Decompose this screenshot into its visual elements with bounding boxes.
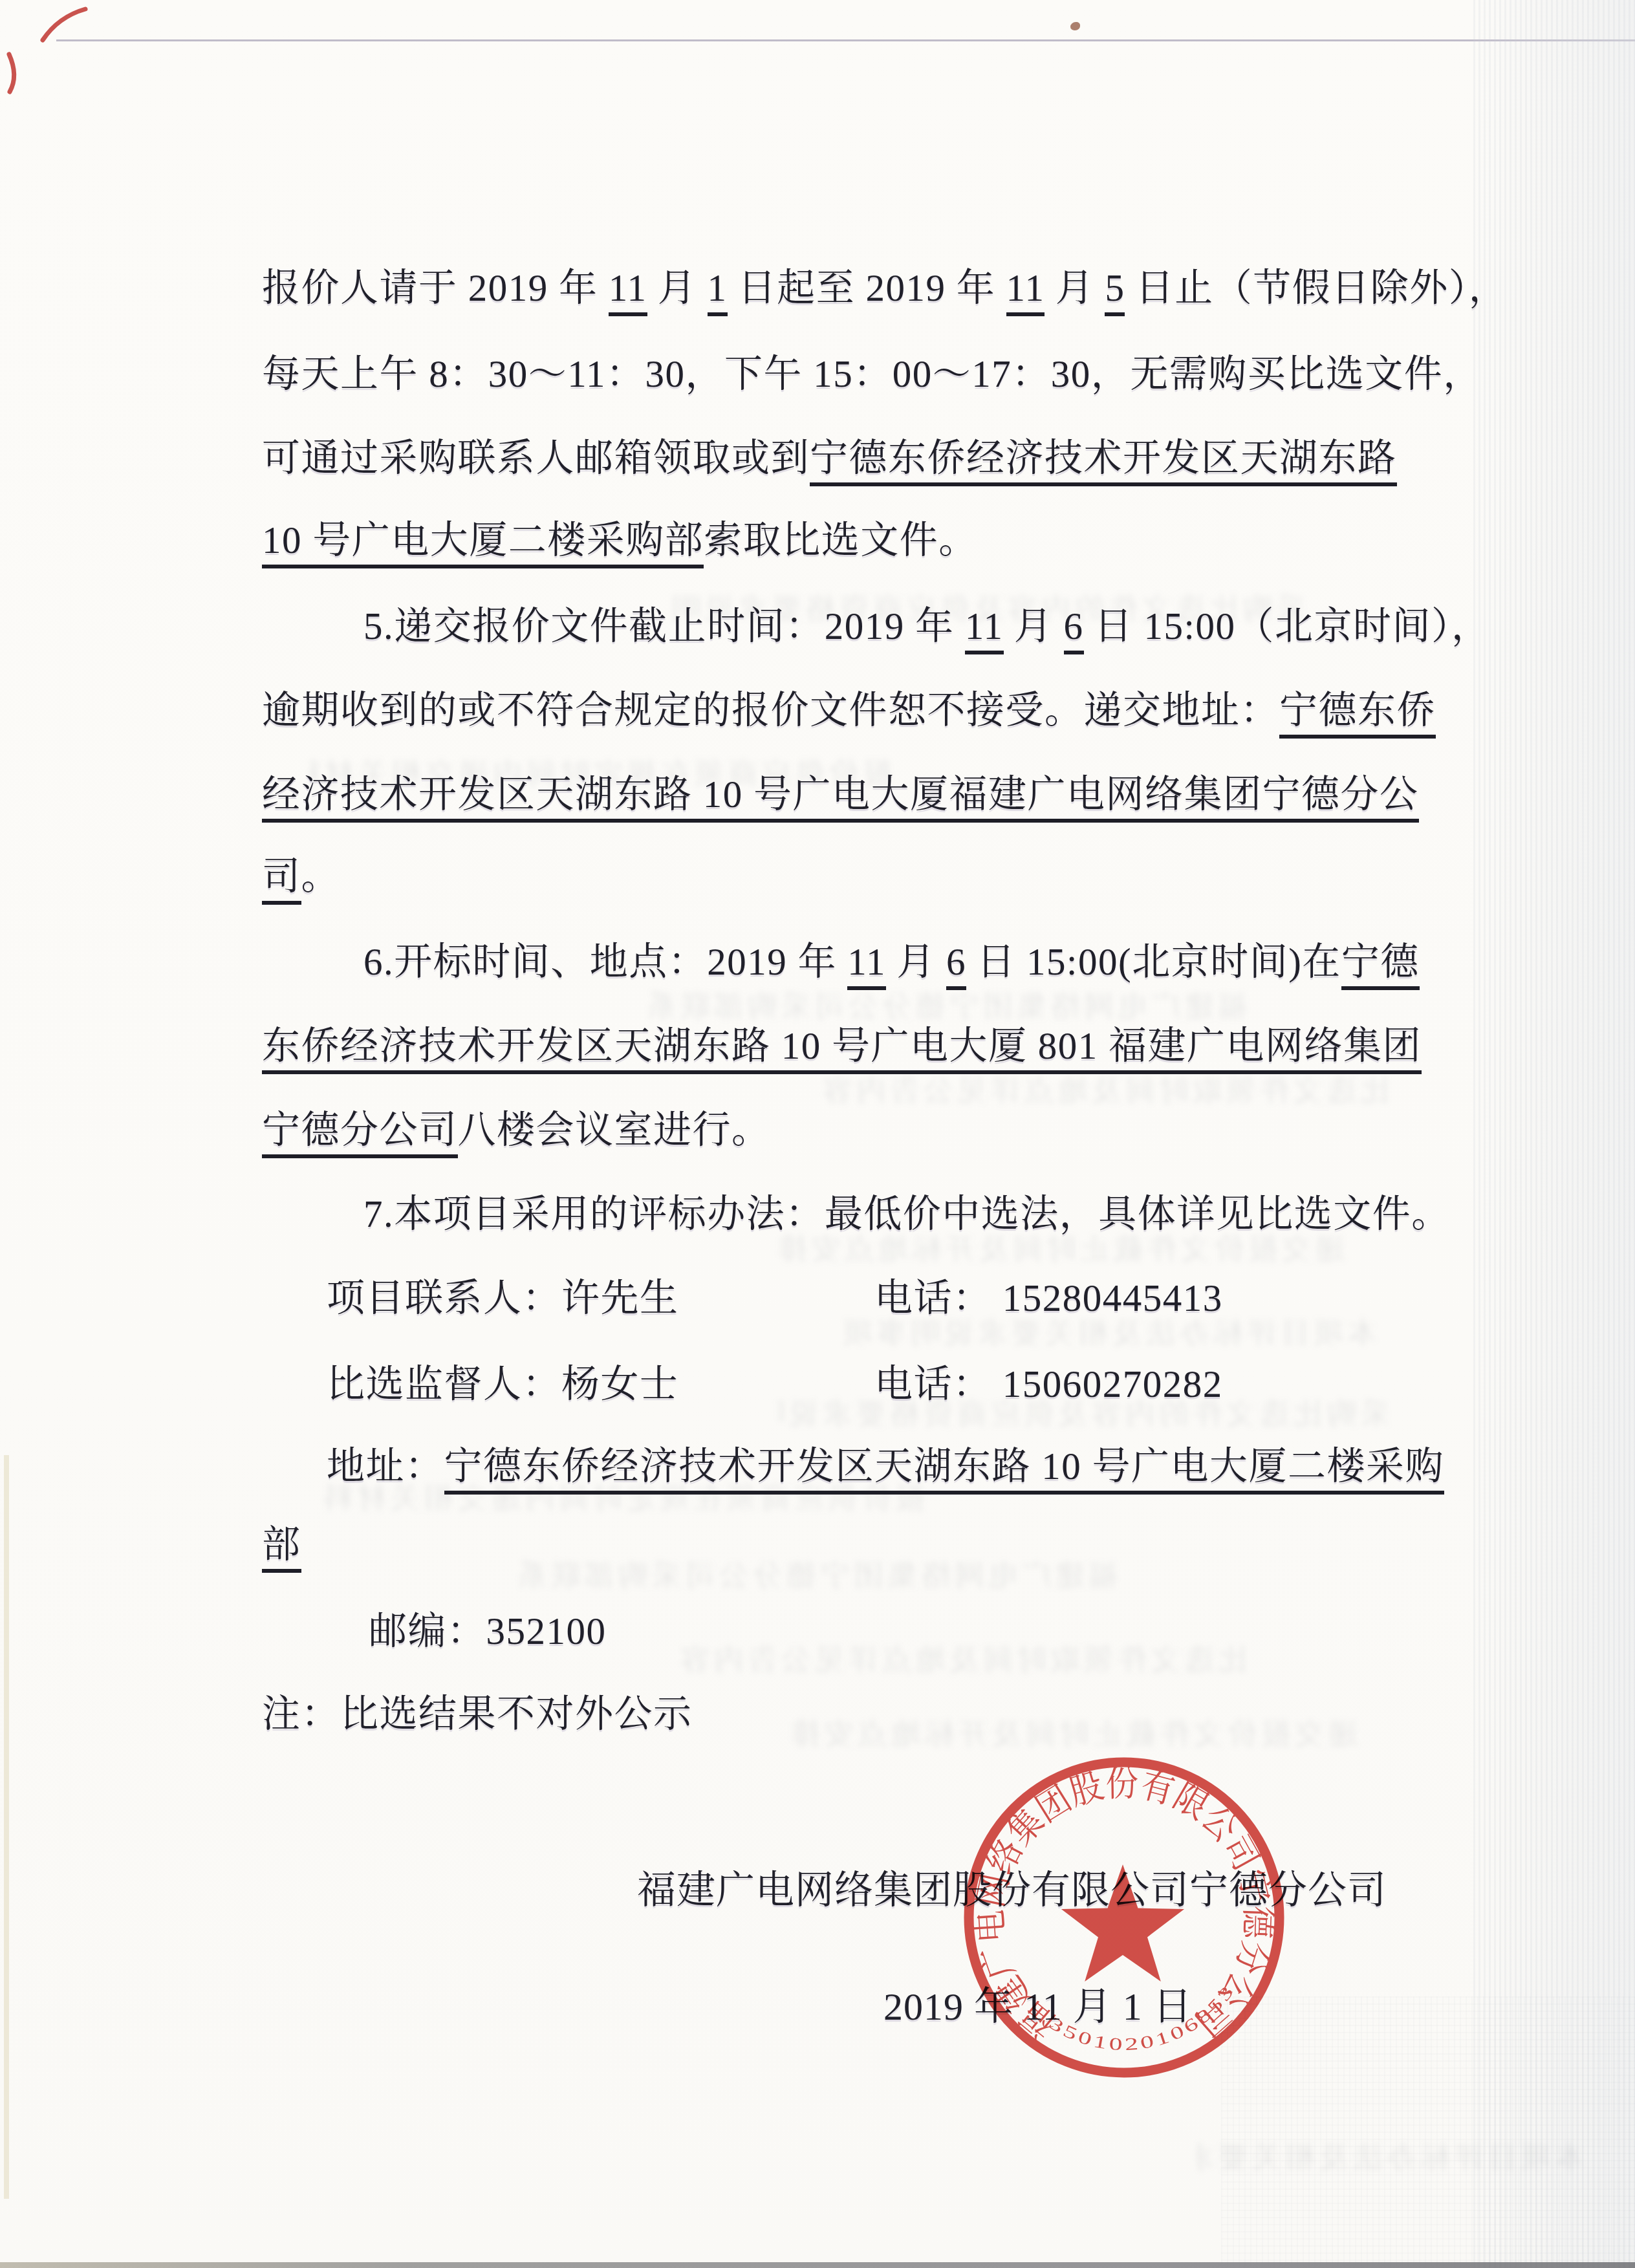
line-pickup-dates: 报价人请于 2019 年 11 月 1 日起至 2019 年 11 月 5 日止… (262, 262, 1508, 314)
text-segment: 可通过采购联系人邮箱领取或到 (262, 437, 810, 479)
text-segment: 索取比选文件。 (704, 519, 978, 561)
text-segment: 逾期收到的或不符合规定的报价文件恕不接受。递交地址： (262, 689, 1279, 731)
underlined-text: 宁德东侨经济技术开发区天湖东路 (810, 437, 1397, 486)
text-segment: 项目联系人：许先生 电话： 15280445413 (327, 1277, 1223, 1319)
scan-artifact-left-strip (4, 1455, 9, 2199)
contact-address-cont: 部 (262, 1518, 301, 1570)
underlined-text: 11 (1006, 266, 1045, 316)
scan-artifact-bottom-edge (0, 2262, 1635, 2268)
text-segment: 注：比选结果不对外公示 (262, 1692, 693, 1735)
item5-deadline: 5.递交报价文件截止时间：2019 年 11 月 6 日 15:00（北京时间）… (363, 600, 1491, 652)
underlined-text: 部 (262, 1523, 301, 1573)
underlined-text: 东侨经济技术开发区天湖东路 10 号广电大厦 801 福建广电网络集团 (262, 1024, 1422, 1074)
text-segment: 7.本项目采用的评标办法：最低价中选法，具体详见比选文件。 (363, 1193, 1451, 1235)
bleed-through-ghost: 福建广电网络集团宁德分公司采购部联系 (278, 1552, 1119, 1595)
line-pickup-hours: 每天上午 8：30～11：30，下午 15：00～17：30，无需购买比选文件， (262, 348, 1482, 400)
item5-address-cont-2: 司。 (262, 850, 340, 902)
text-segment: 6.开标时间、地点：2019 年 (363, 940, 847, 983)
underlined-text: 6 (946, 940, 966, 990)
text-segment: 月 (886, 940, 946, 983)
scan-artifact-top-line (56, 39, 1635, 41)
contact-address: 地址：宁德东侨经济技术开发区天湖东路 10 号广电大厦二楼采购 (327, 1440, 1444, 1492)
underlined-text: 10 号广电大厦二楼采购部 (262, 519, 704, 568)
contact-project-person: 项目联系人：许先生 电话： 15280445413 (327, 1272, 1223, 1324)
text-segment: 。 (301, 855, 341, 898)
underlined-text: 6 (1064, 605, 1084, 654)
text-segment: 每天上午 8：30～11：30，下午 15：00～17：30，无需购买比选文件， (262, 352, 1482, 395)
scan-artifact-red-dot (1070, 22, 1080, 30)
underlined-text: 经济技术开发区天湖东路 10 号广电大厦福建广电网络集团宁德分公 (262, 773, 1419, 823)
postal-code: 邮编：352100 (369, 1605, 607, 1657)
scan-artifact-red-pen-marks (0, 0, 103, 103)
underlined-text: 1 (708, 266, 728, 316)
text-segment: 日 15:00(北京时间)在 (966, 940, 1341, 983)
text-segment: 八楼会议室进行。 (458, 1108, 771, 1151)
line-obtain-address: 10 号广电大厦二楼采购部索取比选文件。 (262, 514, 978, 566)
underlined-text: 11 (847, 940, 886, 990)
contact-supervisor: 比选监督人：杨女士 电话： 15060270282 (327, 1358, 1223, 1410)
text-segment: 日起至 2019 年 (728, 266, 1006, 309)
text-segment: 邮编：352100 (369, 1610, 607, 1652)
item7-evaluation-method: 7.本项目采用的评标办法：最低价中选法，具体详见比选文件。 (363, 1188, 1451, 1240)
item6-address-cont-2: 宁德分公司八楼会议室进行。 (262, 1104, 771, 1156)
underlined-text: 11 (965, 605, 1004, 654)
item6-address-cont-1: 东侨经济技术开发区天湖东路 10 号广电大厦 801 福建广电网络集团 (262, 1020, 1422, 1072)
item6-opening-time: 6.开标时间、地点：2019 年 11 月 6 日 15:00(北京时间)在宁德 (363, 936, 1420, 988)
text-segment: 比选监督人：杨女士 电话： 15060270282 (327, 1363, 1223, 1405)
text-segment: 报价人请于 2019 年 (262, 266, 609, 309)
company-seal-stamp: 福建广电网络集团股份有限公司宁德分公司 3501020106853 (943, 1736, 1305, 2099)
note-no-publicity: 注：比选结果不对外公示 (262, 1688, 693, 1740)
underlined-text: 宁德 (1341, 940, 1420, 990)
text-segment: 日 15:00（北京时间）， (1084, 605, 1491, 647)
star-icon (1061, 1864, 1184, 1982)
underlined-text: 5 (1105, 266, 1125, 316)
line-obtain-method: 可通过采购联系人邮箱领取或到宁德东侨经济技术开发区天湖东路 (262, 432, 1397, 484)
underlined-text: 11 (609, 266, 647, 316)
underlined-text: 宁德东侨经济技术开发区天湖东路 10 号广电大厦二楼采购 (444, 1445, 1445, 1495)
underlined-text: 宁德东侨 (1279, 689, 1436, 739)
scanned-document-page: 采购比选文件的内容及供应商资格要求说明报价供应商须在规定时间内递交相关材料福建广… (0, 0, 1635, 2268)
text-segment: 5.递交报价文件截止时间：2019 年 (363, 605, 965, 647)
text-segment: 日止（节假日除外）， (1125, 266, 1508, 309)
text-segment: 月 (647, 266, 708, 309)
text-segment: 月 (1004, 605, 1064, 647)
item5-reject-rule: 逾期收到的或不符合规定的报价文件恕不接受。递交地址：宁德东侨 (262, 684, 1436, 736)
text-segment: 月 (1045, 266, 1105, 309)
underlined-text: 宁德分公司 (262, 1108, 458, 1158)
text-segment: 地址： (327, 1445, 444, 1487)
item5-address-cont-1: 经济技术开发区天湖东路 10 号广电大厦福建广电网络集团宁德分公 (262, 768, 1419, 820)
underlined-text: 司 (262, 855, 301, 905)
scan-artifact-right-streaks (1473, 0, 1635, 2268)
